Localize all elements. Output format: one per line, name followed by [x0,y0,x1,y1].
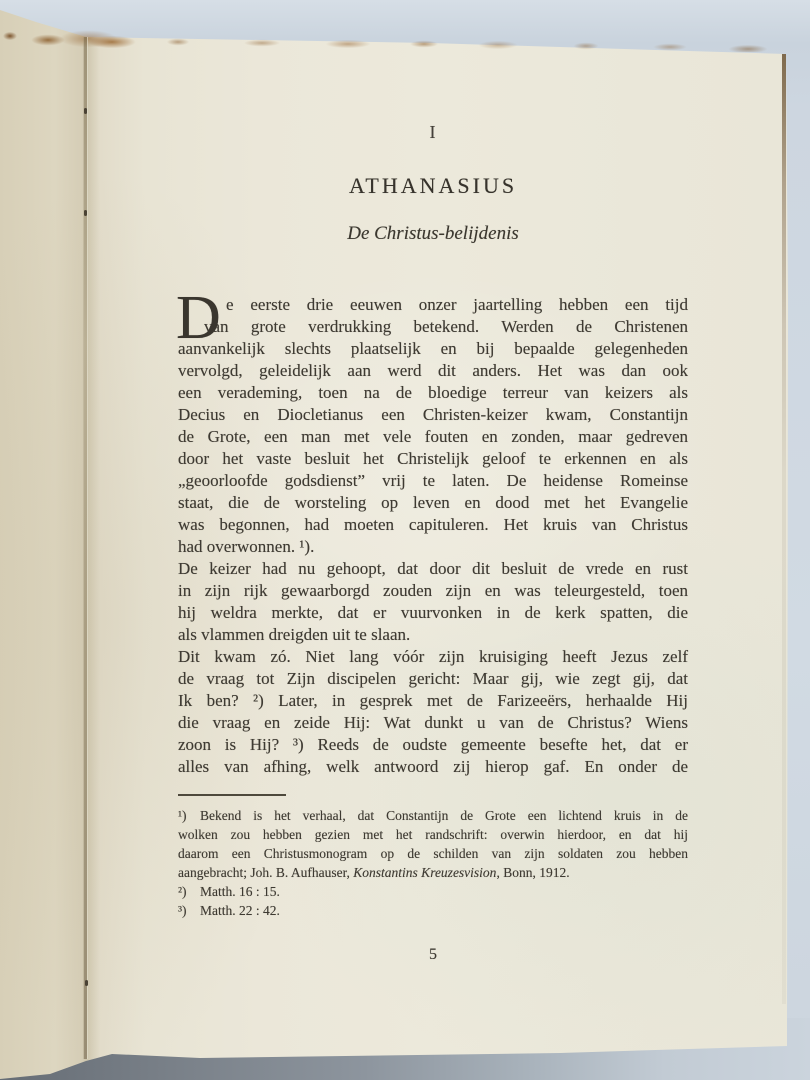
text-line: Dit kwam zó. Niet lang vóór zijn kruisig… [178,646,688,668]
drop-cap: D [176,296,221,340]
text-line: had overwonnen. ¹). [178,536,688,558]
text-line: vervolgd, geleidelijk aan werd dit ander… [178,360,688,382]
body-text: D e eerste drie eeuwen onzer jaartelling… [178,294,688,778]
text-column: I ATHANASIUS De Christus-belijdenis D e … [178,0,688,964]
footnote-rule [178,794,286,796]
paragraph: De keizer had nu gehoopt, dat door dit b… [178,558,688,646]
text-line: die vraag en zeide Hij: Wat dunkt u van … [178,712,688,734]
text-line: ¹) Bekend is het verhaal, dat Constantij… [178,806,688,825]
text-line: hij weldra merkte, dat er vuurvonken in … [178,602,688,624]
text-line: als vlammen dreigden uit te slaan. [178,624,688,646]
chapter-number: I [178,121,688,143]
text-line: de vraag tot Zijn discipelen gericht: Ma… [178,668,688,690]
text-line: Ik ben? ²) Later, in gesprek met de Fari… [178,690,688,712]
paragraph-lines: e eerste drie eeuwen onzer jaartelling h… [178,294,688,558]
text-line: in zijn rijk gewaarborgd zouden zijn en … [178,580,688,602]
text-line: ²) Matth. 16 : 15. [178,882,688,901]
stitch-dot [84,108,87,114]
page-subtitle: De Christus-belijdenis [178,221,688,247]
text-line: wolken zou hebben gezien met het randsch… [178,825,688,844]
corner-stain [58,28,134,52]
text-line: staat, die de worsteling op leven en doo… [178,492,688,514]
text-line: zoon is Hij? ³) Reeds de oudste gemeente… [178,734,688,756]
footnote-block: ¹) Bekend is het verhaal, dat Constantij… [178,806,688,920]
text-line: „geoorloofde godsdienst” vrij te laten. … [178,470,688,492]
gutter-crease [84,37,87,1059]
text-line: aangebracht; Joh. B. Aufhauser, Konstant… [178,863,688,882]
stitch-dot [84,210,87,216]
paragraph-dropcap: D e eerste drie eeuwen onzer jaartelling… [178,294,688,558]
text-line: De keizer had nu gehoopt, dat door dit b… [178,558,688,580]
text-line: alles van afhing, welk antwoord zij hier… [178,756,688,778]
text-line: de Grote, een man met vele fouten en zon… [178,426,688,448]
paragraph: Dit kwam zó. Niet lang vóór zijn kruisig… [178,646,688,778]
page-title: ATHANASIUS [178,173,688,199]
page-right-edge [782,54,786,1004]
text-line: een verademing, toen na de bloedige terr… [178,382,688,404]
text-line: daarom een Christusmonogram op de schild… [178,844,688,863]
text-line: was begonnen, had moeten capituleren. He… [178,514,688,536]
text-line: e eerste drie eeuwen onzer jaartelling h… [178,294,688,316]
stitch-dot [85,980,88,986]
text-line: aanvankelijk slechts plaatselijk en bij … [178,338,688,360]
text-line: door het vaste besluit het Christelijk g… [178,448,688,470]
text-line: van grote verdrukking betekend. Werden d… [178,316,688,338]
text-line: ³) Matth. 22 : 42. [178,901,688,920]
page-number: 5 [178,946,688,964]
text-line: Decius en Diocletianus een Christen-keiz… [178,404,688,426]
